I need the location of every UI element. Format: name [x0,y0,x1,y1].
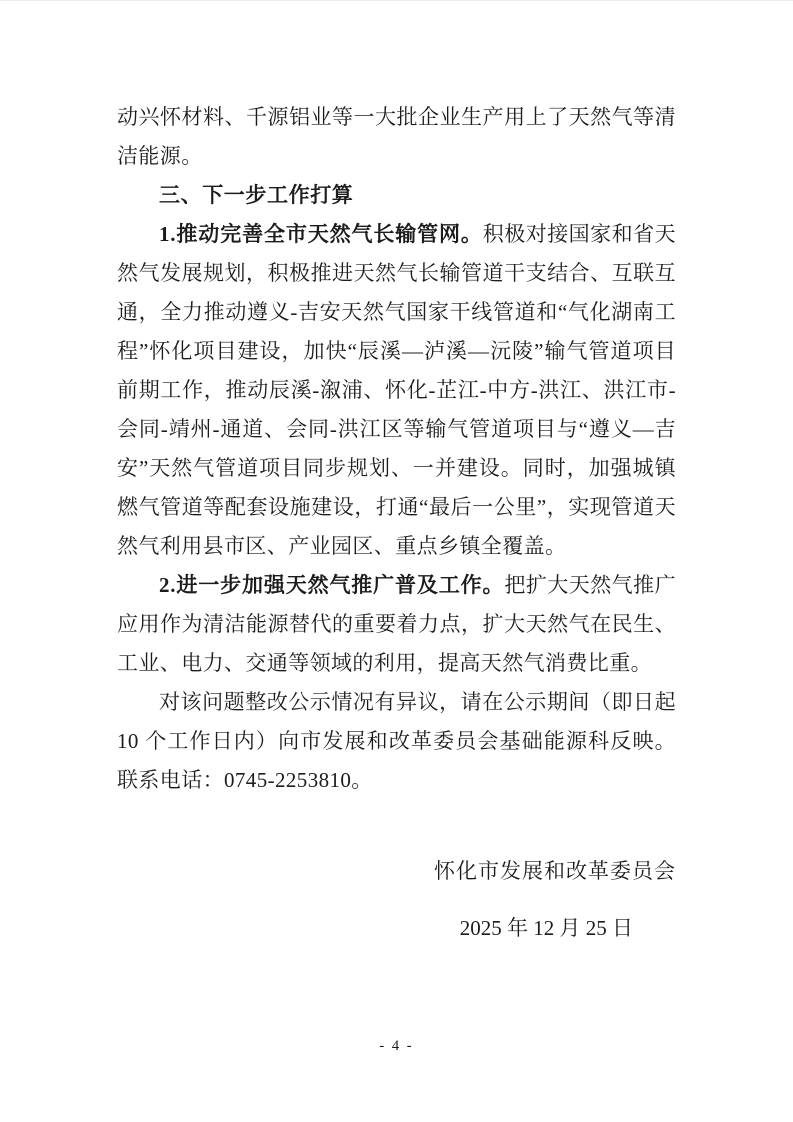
section-heading: 三、下一步工作打算 [117,176,676,215]
paragraph-2-lead: 2.进一步加强天然气推广普及工作。 [159,573,504,597]
paragraph-1: 1.推动完善全市天然气长输管网。积极对接国家和省天然气发展规划，积极推进天然气长… [117,215,676,566]
paragraph-2: 2.进一步加强天然气推广普及工作。把扩大天然气推广应用作为清洁能源替代的重要着力… [117,566,676,683]
document-body: 动兴怀材料、千源铝业等一大批企业生产用上了天然气等清洁能源。 三、下一步工作打算… [117,98,676,948]
paragraph-3: 对该问题整改公示情况有异议，请在公示期间（即日起10 个工作日内）向市发展和改革… [117,683,676,800]
document-page: 动兴怀材料、千源铝业等一大批企业生产用上了天然气等清洁能源。 三、下一步工作打算… [0,0,793,1122]
paragraph-1-text: 积极对接国家和省天然气发展规划，积极推进天然气长输管道干支结合、互联互通，全力推… [117,222,676,558]
page-number: - 4 - [0,1037,793,1055]
signature-date: 2025 年 12 月 25 日 [117,909,676,948]
signature-organization: 怀化市发展和改革委员会 [117,852,676,891]
paragraph-1-lead: 1.推动完善全市天然气长输管网。 [159,222,483,246]
paragraph-continuation: 动兴怀材料、千源铝业等一大批企业生产用上了天然气等清洁能源。 [117,98,676,176]
